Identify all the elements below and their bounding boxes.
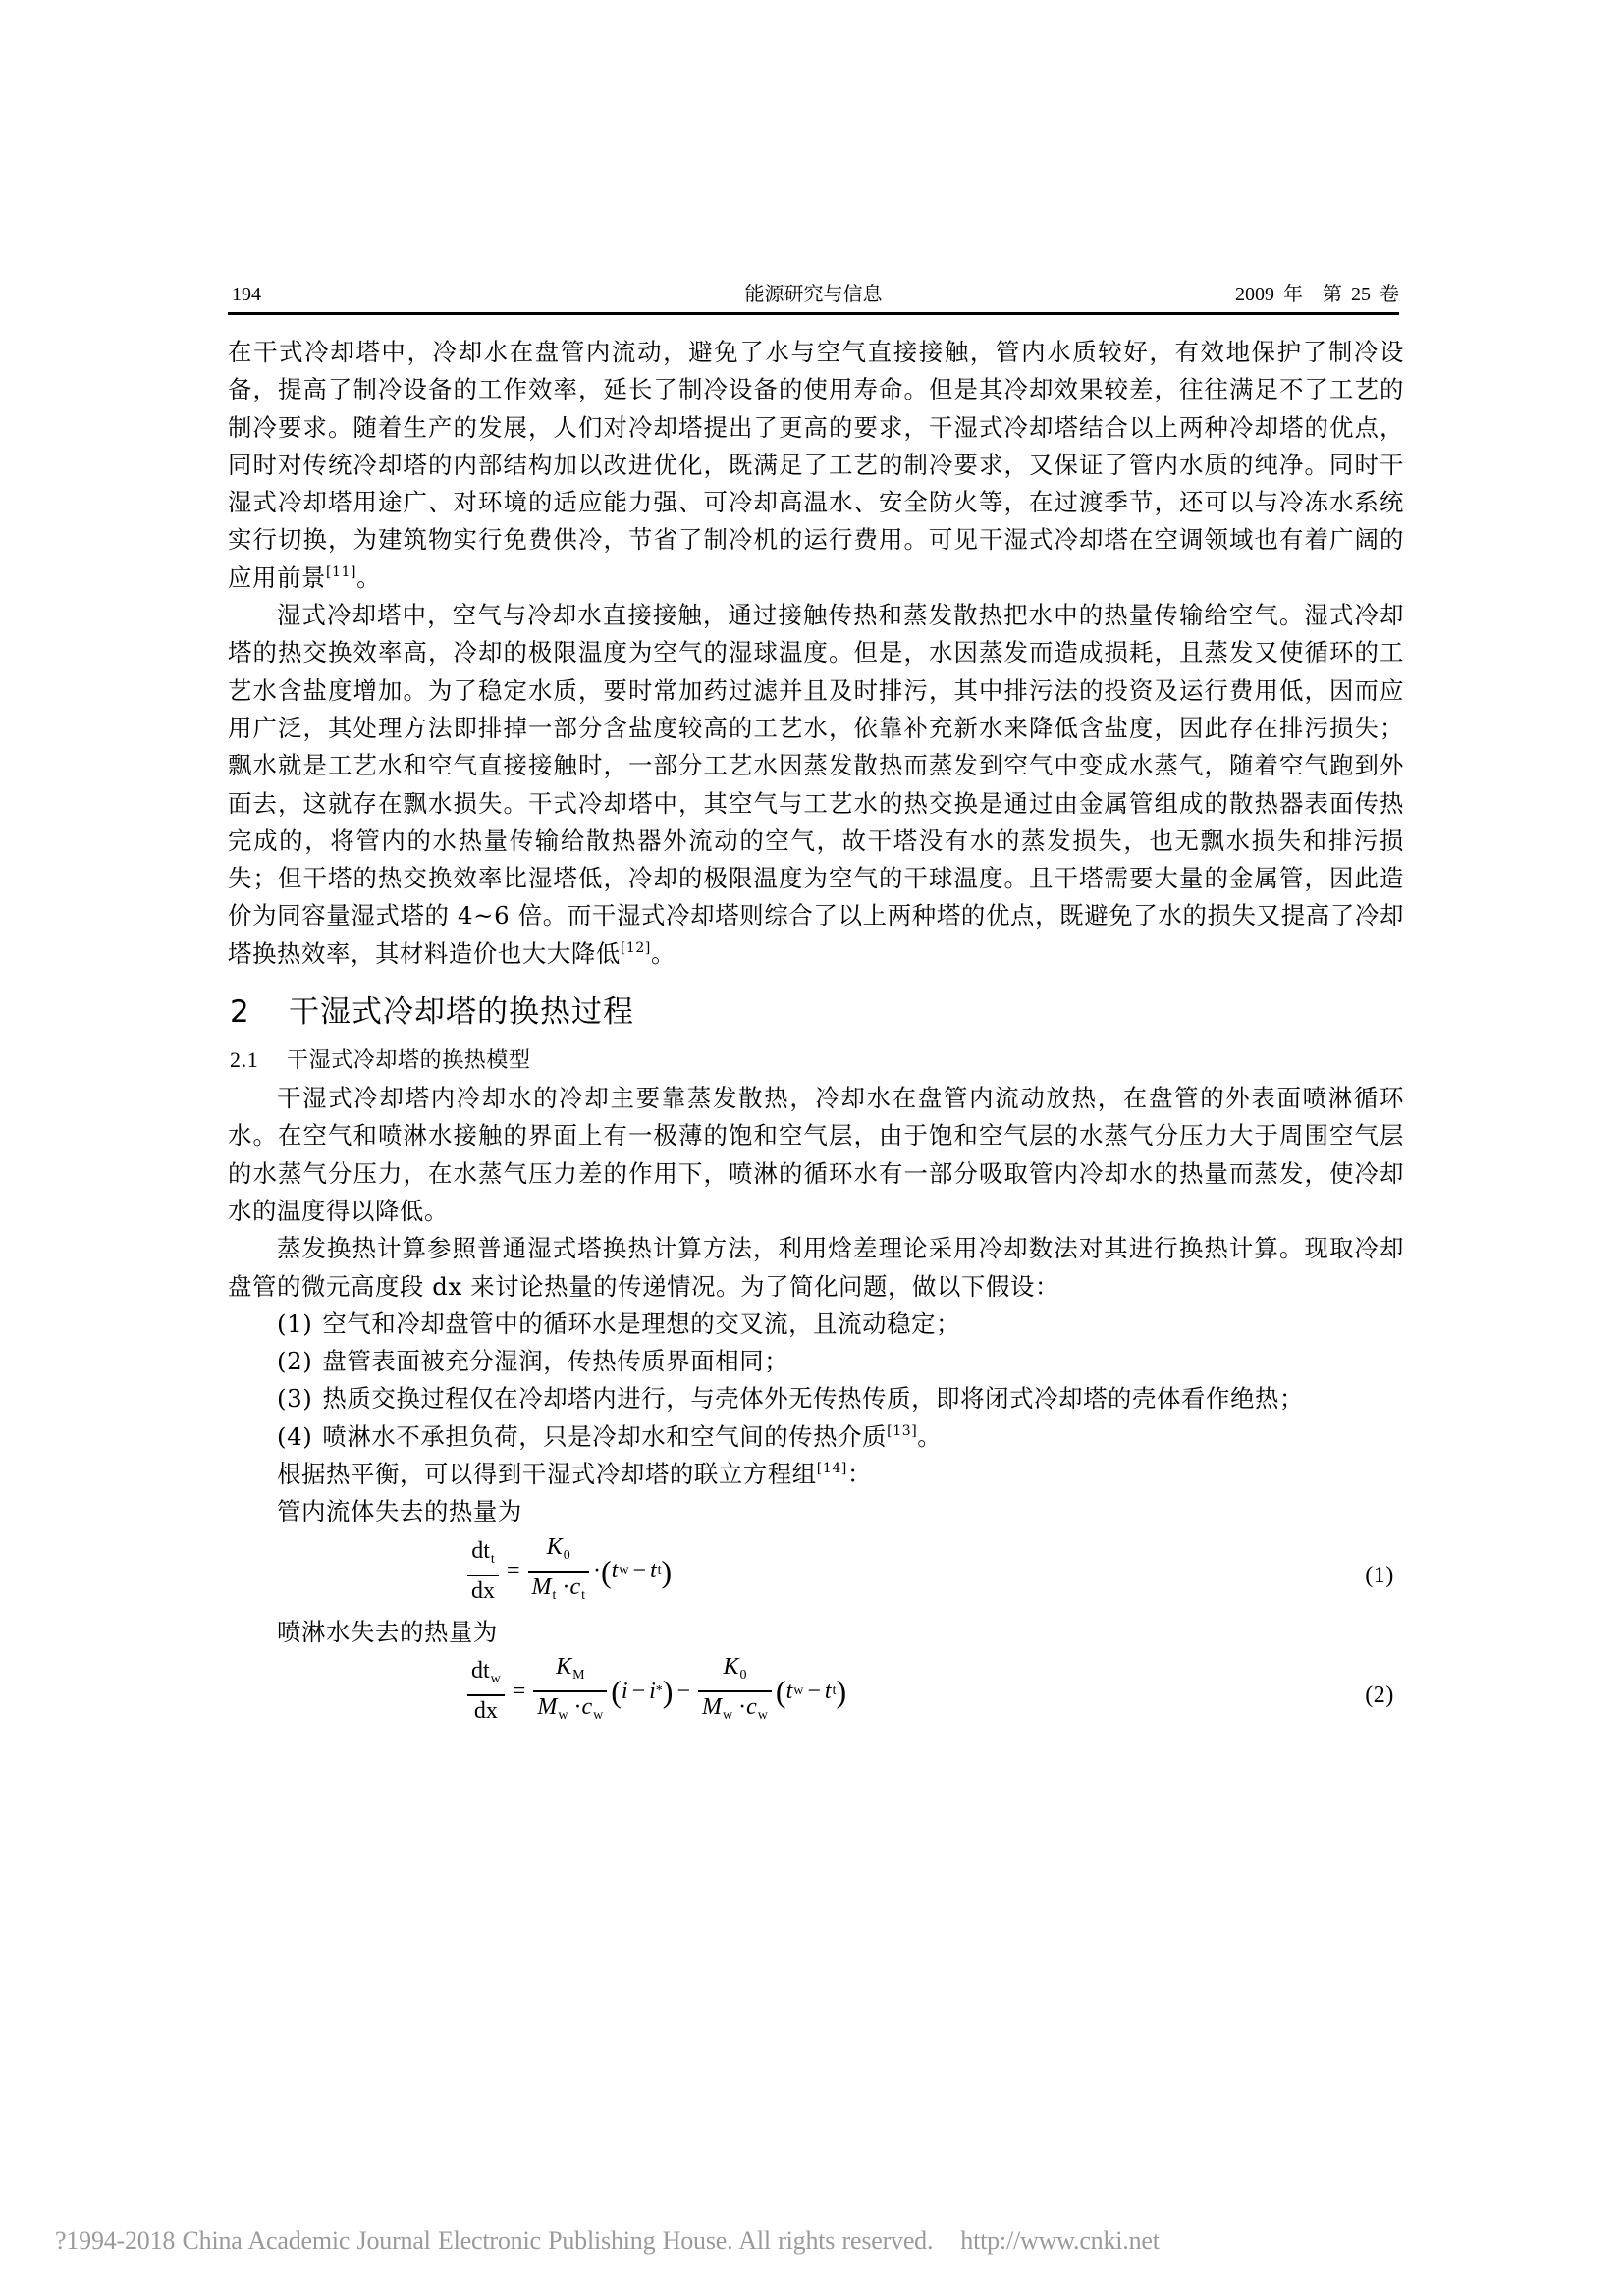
equation-number: (2) xyxy=(1365,1677,1394,1714)
equation-2: dtw dx = KM Mw ·cw ( i − i* ) − K0 Mw ·c… xyxy=(228,1655,1404,1728)
subsection-title: 干湿式冷却塔的换热模型 xyxy=(287,1048,531,1073)
citation-11[interactable]: [11] xyxy=(326,564,356,580)
journal-title: 能源研究与信息 xyxy=(228,281,1399,308)
list-marker: (2) xyxy=(277,1343,314,1380)
equation-2-formula: dtw dx = KM Mw ·cw ( i − i* ) − K0 Mw ·c… xyxy=(463,1655,846,1728)
section-number: 2 xyxy=(228,992,289,1032)
lhs-fraction: dtt dx xyxy=(467,1536,499,1606)
assumption-text: 喷淋水不承担负荷，只是冷却水和空气间的传热介质 xyxy=(322,1422,887,1451)
assumption-item: (2) 盘管表面被充分湿润，传热传质界面相同； xyxy=(228,1343,1404,1380)
section-heading-2: 2干湿式冷却塔的换热过程 xyxy=(228,992,1404,1032)
paragraph-text: 在干式冷却塔中，冷却水在盘管内流动，避免了水与空气直接接触，管内水质较好，有效地… xyxy=(228,338,1404,592)
section-title: 干湿式冷却塔的换热过程 xyxy=(289,994,634,1030)
paragraph-dry-tower: 在干式冷却塔中，冷却水在盘管内流动，避免了水与空气直接接触，管内水质较好，有效地… xyxy=(228,334,1404,597)
copyright-footer: ?1994-2018 China Academic Journal Electr… xyxy=(55,2226,1160,2256)
paragraph-text: 根据热平衡，可以得到干湿式冷却塔的联立方程组 xyxy=(277,1460,817,1488)
assumption-text: 盘管表面被充分湿润，传热传质界面相同； xyxy=(322,1347,788,1375)
assumption-text: 空气和冷却盘管中的循环水是理想的交叉流，且流动稳定； xyxy=(322,1309,960,1338)
equation-1: dtt dx = K0 Mt ·ct · ( tw − tt ) (1) xyxy=(228,1535,1404,1608)
article-body: 在干式冷却塔中，冷却水在盘管内流动，避免了水与空气直接接触，管内水质较好，有效地… xyxy=(228,334,1404,1734)
paragraph-method: 蒸发换热计算参照普通湿式塔换热计算方法，利用焓差理论采用冷却数法对其进行换热计算… xyxy=(228,1230,1404,1306)
term1-fraction: KM Mw ·cw xyxy=(533,1652,607,1731)
paragraph-heat-balance: 根据热平衡，可以得到干湿式冷却塔的联立方程组[14]： xyxy=(228,1456,1404,1493)
paragraph-model: 干湿式冷却塔内冷却水的冷却主要靠蒸发散热，冷却水在盘管内流动放热，在盘管的外表面… xyxy=(228,1080,1404,1230)
assumption-item: (1) 空气和冷却盘管中的循环水是理想的交叉流，且流动稳定； xyxy=(228,1306,1404,1343)
equation-2-label: 喷淋水失去的热量为 xyxy=(228,1614,1404,1651)
rhs-fraction: K0 Mt ·ct xyxy=(528,1532,589,1611)
running-header: 194 能源研究与信息 2009 年 第 25 卷 xyxy=(228,281,1399,308)
year-volume: 2009 年 第 25 卷 xyxy=(1235,281,1399,308)
lhs-fraction: dtw dx xyxy=(467,1656,505,1726)
assumption-item: (4) 喷淋水不承担负荷，只是冷却水和空气间的传热介质[13]。 xyxy=(228,1418,1404,1456)
footer-url-link[interactable]: http://www.cnki.net xyxy=(960,2226,1160,2255)
paragraph-text: 湿式冷却塔中，空气与冷却水直接接触，通过接触传热和蒸发散热把水中的热量传输给空气… xyxy=(228,601,1404,968)
punctuation: 。 xyxy=(651,939,676,968)
equation-1-label: 管内流体失去的热量为 xyxy=(228,1493,1404,1530)
copyright-text: ?1994-2018 China Academic Journal Electr… xyxy=(55,2226,933,2255)
punctuation: ： xyxy=(847,1460,872,1488)
paragraph-wet-tower: 湿式冷却塔中，空气与冷却水直接接触，通过接触传热和蒸发散热把水中的热量传输给空气… xyxy=(228,597,1404,973)
list-marker: (1) xyxy=(277,1306,314,1343)
punctuation: 。 xyxy=(917,1422,942,1451)
assumption-item: (3) 热质交换过程仅在冷却塔内进行，与壳体外无传热传质，即将闭式冷却塔的壳体看… xyxy=(228,1380,1404,1417)
subsection-heading-2-1: 2.1干湿式冷却塔的换热模型 xyxy=(228,1041,1404,1080)
list-marker: (4) xyxy=(277,1418,314,1456)
citation-14[interactable]: [14] xyxy=(817,1461,847,1476)
assumption-text: 热质交换过程仅在冷却塔内进行，与壳体外无传热传质，即将闭式冷却塔的壳体看作绝热； xyxy=(322,1384,1304,1413)
citation-13[interactable]: [13] xyxy=(887,1423,917,1439)
equation-1-formula: dtt dx = K0 Mt ·ct · ( tw − tt ) xyxy=(463,1535,672,1608)
header-rule xyxy=(228,312,1399,315)
term2-fraction: K0 Mw ·cw xyxy=(698,1652,772,1731)
list-marker: (3) xyxy=(277,1380,314,1417)
equation-number: (1) xyxy=(1365,1557,1394,1594)
punctuation: 。 xyxy=(356,563,381,592)
subsection-number: 2.1 xyxy=(228,1041,287,1079)
citation-12[interactable]: [12] xyxy=(621,940,651,956)
